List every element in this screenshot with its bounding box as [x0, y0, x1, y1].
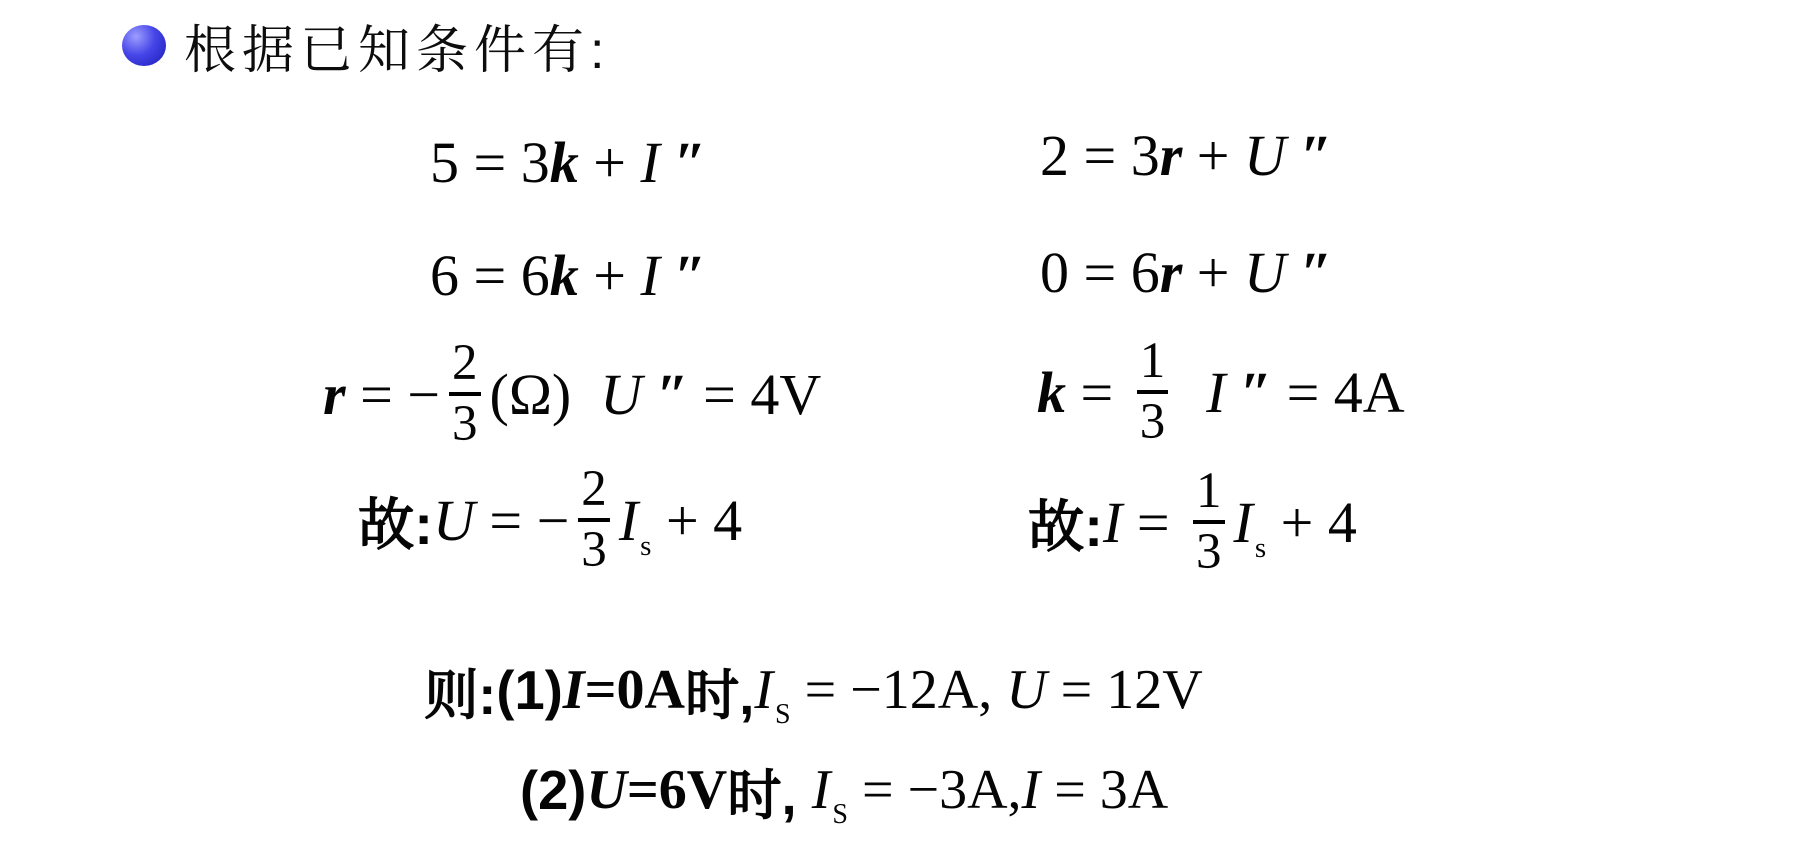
fraction-denominator: 3	[449, 401, 481, 448]
math-token: 时,	[727, 751, 812, 830]
subscripted-symbol: IS	[754, 658, 790, 722]
math-token: +	[579, 129, 641, 196]
symbol-subscript: s	[640, 530, 651, 562]
math-token: 故:	[1028, 482, 1103, 563]
fraction-numerator: 1	[1193, 468, 1225, 515]
math-token: + 4	[651, 487, 742, 554]
symbol-subscript: S	[775, 699, 791, 730]
math-token: ″	[1286, 122, 1333, 189]
math-token: r	[323, 361, 346, 428]
symbol-subscript: s	[1255, 532, 1266, 564]
equation-right-1: 2 = 3r + U ″	[1040, 93, 1332, 217]
math-token: = −	[475, 487, 569, 554]
math-token: 0 = 6	[1040, 239, 1160, 306]
math-token: U	[586, 758, 626, 822]
math-token: = 3A	[1040, 758, 1168, 822]
math-token: = −	[346, 361, 440, 428]
math-token: I	[1103, 489, 1122, 556]
fraction: 23	[578, 466, 610, 574]
math-token: = 4A	[1272, 359, 1405, 426]
math-token: +	[579, 242, 641, 309]
math-token: I	[640, 129, 659, 196]
equation-left-3: r = −23(Ω) U ″ = 4V	[323, 332, 821, 456]
subscripted-symbol: IS	[812, 758, 848, 822]
math-token: I	[1206, 359, 1225, 426]
fraction-denominator: 3	[1193, 529, 1225, 576]
symbol-base: I	[754, 659, 773, 721]
math-token: U	[433, 487, 475, 554]
math-token: I	[640, 242, 659, 309]
fraction-denominator: 3	[578, 527, 610, 574]
fraction-numerator: 1	[1137, 338, 1169, 385]
math-token: k	[550, 129, 579, 196]
math-token: ″	[1286, 239, 1333, 306]
result-line-2: (2)U=6V时, IS = −3A,I = 3A	[520, 728, 1168, 852]
math-token: U	[1244, 239, 1286, 306]
bullet-icon	[122, 25, 166, 66]
math-token: I	[1022, 758, 1041, 822]
math-token: U	[1244, 122, 1286, 189]
equation-left-4: 故:U = −23Is + 4	[358, 458, 742, 582]
math-token: = −3A,	[848, 758, 1022, 822]
math-token: +	[1182, 239, 1244, 306]
math-token: ″	[660, 129, 707, 196]
math-token: U	[600, 361, 642, 428]
math-token: k	[1037, 359, 1066, 426]
symbol-base: I	[619, 488, 638, 553]
symbol-base: I	[1234, 490, 1253, 555]
math-token: +	[1182, 122, 1244, 189]
math-token	[1177, 359, 1206, 426]
fraction: 23	[449, 340, 481, 448]
subscripted-symbol: Is	[619, 487, 652, 554]
fraction: 13	[1193, 468, 1225, 576]
math-token: U	[1006, 658, 1046, 722]
slide-title: 根据已知条件有:	[184, 8, 610, 83]
math-token: 时,	[685, 651, 754, 730]
symbol-base: I	[812, 759, 831, 821]
math-token: + 4	[1266, 489, 1357, 556]
math-token: (2)	[520, 759, 586, 822]
math-token: =	[1122, 489, 1184, 556]
math-token: = −12A,	[791, 658, 1007, 722]
equation-left-2: 6 = 6k + I ″	[430, 213, 706, 337]
math-token: 故:	[358, 480, 433, 561]
math-token: I	[563, 658, 585, 722]
symbol-subscript: S	[832, 799, 848, 830]
equation-right-3: k = 13 I ″ = 4A	[1037, 330, 1405, 454]
math-token: =6V	[627, 758, 727, 822]
math-token: = 12V	[1047, 658, 1203, 722]
math-token: k	[550, 242, 579, 309]
math-token: 则:	[424, 651, 496, 730]
equation-right-2: 0 = 6r + U ″	[1040, 210, 1332, 334]
subscripted-symbol: Is	[1234, 489, 1267, 556]
math-token: = 4V	[689, 361, 822, 428]
math-token: r	[1160, 122, 1183, 189]
math-token: ″	[660, 242, 707, 309]
math-token: r	[1160, 239, 1183, 306]
math-token: 2 = 3	[1040, 122, 1160, 189]
equation-left-1: 5 = 3k + I ″	[430, 100, 706, 224]
fraction-numerator: 2	[578, 466, 610, 513]
math-token: =	[1066, 359, 1128, 426]
math-token: =0A	[585, 658, 685, 722]
fraction: 13	[1137, 338, 1169, 446]
math-token: 5 = 3	[430, 129, 550, 196]
fraction-denominator: 3	[1137, 399, 1169, 446]
math-token: (1)	[496, 659, 562, 722]
title-row: 根据已知条件有:	[122, 8, 610, 83]
math-token: ″	[642, 361, 689, 428]
math-token: 6 = 6	[430, 242, 550, 309]
math-token: ″	[1226, 359, 1273, 426]
fraction-numerator: 2	[449, 340, 481, 387]
math-token: (Ω)	[490, 361, 601, 428]
equation-right-4: 故:I = 13Is + 4	[1028, 460, 1357, 584]
slide: 根据已知条件有: 5 = 3k + I ″ 6 = 6k + I ″ r = −…	[0, 0, 1812, 859]
